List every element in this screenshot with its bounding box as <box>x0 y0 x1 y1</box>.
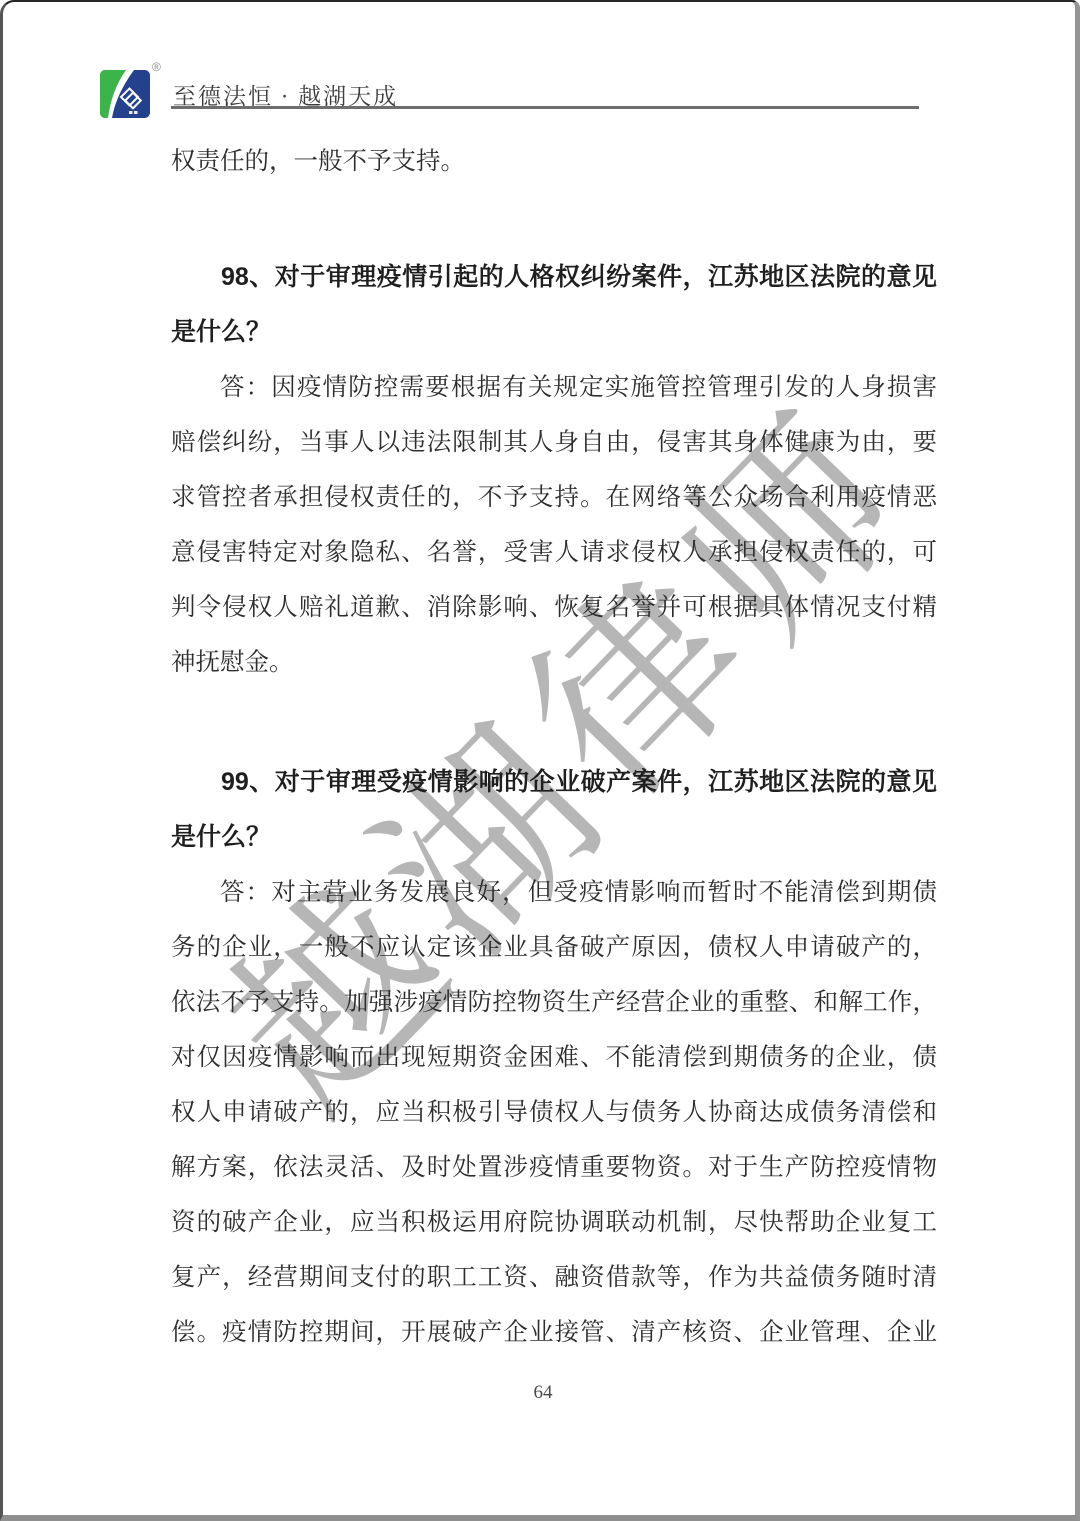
q98-heading-line: 是什么？ <box>171 305 937 360</box>
q99-answer: 答：对主营业务发展良好，但受疫情影响而暂时不能清偿到期债 务的企业，一般不应认定… <box>171 865 937 1360</box>
section-q99: 99、对于审理受疫情影响的企业破产案件，江苏地区法院的意见 是什么？ 答：对主营… <box>171 755 937 1360</box>
body-line: 资的破产企业，应当积极运用府院协调联动机制，尽快帮助企业复工 <box>171 1195 937 1250</box>
q98-heading-line: 98、对于审理疫情引起的人格权纠纷案件，江苏地区法院的意见 <box>171 250 937 305</box>
registered-trademark: ® <box>152 60 161 74</box>
body-line: 赔偿纠纷，当事人以违法限制其人身自由，侵害其身体健康为由，要 <box>171 415 937 470</box>
body-line: 权责任的，一般不予支持。 <box>171 134 937 189</box>
body-line: 求管控者承担侵权责任的，不予支持。在网络等公众场合利用疫情恶 <box>171 470 937 525</box>
continuation-paragraph: 权责任的，一般不予支持。 <box>171 134 937 189</box>
body-line: 权人申请破产的，应当积极引导债权人与债务人协商达成债务清偿和 <box>171 1085 937 1140</box>
page-number: 64 <box>3 1380 1080 1406</box>
q98-heading: 98、对于审理疫情引起的人格权纠纷案件，江苏地区法院的意见 是什么？ <box>171 250 937 360</box>
q99-heading-line: 99、对于审理受疫情影响的企业破产案件，江苏地区法院的意见 <box>171 755 937 810</box>
q98-answer: 答：因疫情防控需要根据有关规定实施管控管理引发的人身损害 赔偿纠纷，当事人以违法… <box>171 360 937 690</box>
body-line: 意侵害特定对象隐私、名誉，受害人请求侵权人承担侵权责任的，可 <box>171 525 937 580</box>
body-line: 依法不予支持。加强涉疫情防控物资生产经营企业的重整、和解工作， <box>171 975 937 1030</box>
body-line: 判令侵权人赔礼道歉、消除影响、恢复名誉并可根据具体情况支付精 <box>171 580 937 635</box>
header-divider <box>171 106 919 109</box>
body-line: 解方案，依法灵活、及时处置涉疫情重要物资。对于生产防控疫情物 <box>171 1140 937 1195</box>
q99-heading: 99、对于审理受疫情影响的企业破产案件，江苏地区法院的意见 是什么？ <box>171 755 937 865</box>
section-q98: 98、对于审理疫情引起的人格权纠纷案件，江苏地区法院的意见 是什么？ 答：因疫情… <box>171 250 937 690</box>
document-page: ® 至德法恒 · 越湖天成 越湖律师 权责任的，一般不予支持。 98、对于审理疫… <box>0 0 1080 1521</box>
body-line: 对仅因疫情影响而出现短期资金困难、不能清偿到期债务的企业，债 <box>171 1030 937 1085</box>
body-line: 复产，经营期间支付的职工工资、融资借款等，作为共益债务随时清 <box>171 1250 937 1305</box>
body-line: 答：对主营业务发展良好，但受疫情影响而暂时不能清偿到期债 <box>171 865 937 920</box>
body-line: 答：因疫情防控需要根据有关规定实施管控管理引发的人身损害 <box>171 360 937 415</box>
body-line: 务的企业，一般不应认定该企业具备破产原因，债权人申请破产的， <box>171 920 937 975</box>
body-line: 偿。疫情防控期间，开展破产企业接管、清产核资、企业管理、企业 <box>171 1305 937 1360</box>
q99-heading-line: 是什么？ <box>171 810 937 865</box>
brand-logo <box>100 70 150 118</box>
body-line: 神抚慰金。 <box>171 635 937 690</box>
